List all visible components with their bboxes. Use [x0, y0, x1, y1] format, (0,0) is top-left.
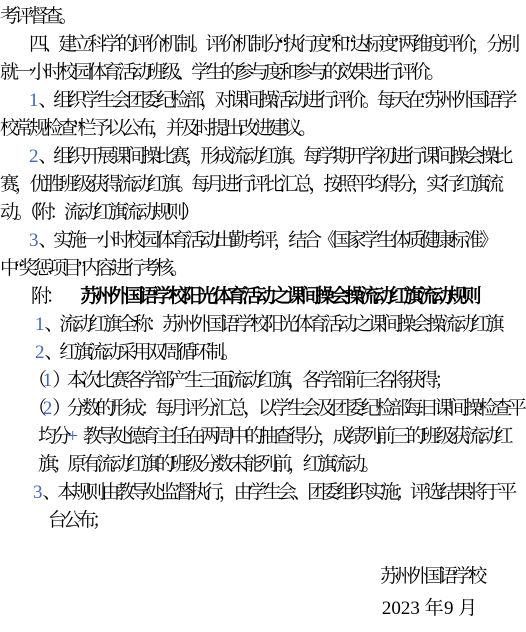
list-numeral: 1 — [43, 370, 53, 391]
text-segment: 、实施一小时校园体育活动出勤考评，结合《国家学生体质健康标准》中“奖惩项目”内容… — [0, 230, 494, 279]
para-item-2: 2、组织开展课间操比赛，形成流动红旗。每学期开学初进行课间操会操比赛，优胜班级获… — [0, 143, 526, 227]
text-segment: 、本规则由教导处监督执行，由学生会、团委组织实施；评选结果将于平台公布； — [43, 482, 513, 531]
list-numeral: 2 — [35, 342, 45, 363]
para-section-4: 四、建立科学的评价机制。评价机制分“执行度”和“达标度”两维度评价，分别就一小时… — [0, 31, 526, 87]
text-segment: （ — [28, 370, 43, 391]
rule-item-2-2: （2）分数的形成：每月评分汇总，以学生会及团委纪检部每日课间操检查平均分+ 教导… — [38, 395, 526, 479]
text-segment: 四、建立科学的评价机制。评价机制分“执行度”和“达标度”两维度评价，分别就一小时… — [0, 34, 516, 83]
text-segment: 、流动红旗全称：苏州外国语学校阳光体育活动之课间操会操流动红旗 — [45, 314, 501, 335]
list-numeral: 2 — [29, 146, 39, 167]
signature-school: 苏州外国语学校 — [0, 563, 526, 591]
attachment-heading: 附：苏州外国语学校阳光体育活动之课间操会操流动红旗流动规则 — [31, 283, 526, 311]
text-segment: 月 — [458, 598, 473, 619]
text-segment: 附： — [31, 286, 60, 307]
list-numeral: 1 — [29, 90, 39, 111]
text-segment: 年 — [425, 598, 440, 619]
rule-item-2: 2、红旗流动采用双周循环制。 — [35, 339, 526, 367]
text-segment: （ — [28, 398, 43, 419]
text-segment: 、组织学生会团委纪检部，对课间操活动进行评价。每天在“苏州外国语学校常规检查”栏… — [0, 90, 513, 139]
para-item-1: 1、组织学生会团委纪检部，对课间操活动进行评价。每天在“苏州外国语学校常规检查”… — [0, 87, 526, 143]
list-numeral: + — [67, 426, 82, 447]
list-numeral: 3 — [33, 482, 43, 503]
list-numeral: 3 — [29, 230, 39, 251]
attachment-title: 苏州外国语学校阳光体育活动之课间操会操流动红旗流动规则 — [80, 286, 477, 307]
para-item-3: 3、实施一小时校园体育活动出勤考评，结合《国家学生体质健康标准》中“奖惩项目”内… — [0, 227, 526, 283]
text-segment: 考评督查。 — [0, 6, 74, 27]
latin-text: 2023 — [382, 598, 425, 619]
text-segment: ）本次比赛各学部产生三面流动红旗，各学部前三名将获得； — [52, 370, 449, 391]
rule-item-2-1: （1）本次比赛各学部产生三面流动红旗，各学部前三名将获得； — [38, 367, 526, 395]
rule-item-3: 3、本规则由教导处监督执行，由学生会、团委组织实施；评选结果将于平台公布； — [48, 479, 526, 535]
text-segment: 苏州外国语学校 — [380, 566, 483, 587]
rule-item-1: 1、流动红旗全称：苏州外国语学校阳光体育活动之课间操会操流动红旗 — [35, 311, 526, 339]
list-numeral: 1 — [35, 314, 45, 335]
text-segment: 、组织开展课间操比赛，形成流动红旗。每学期开学初进行课间操会操比赛，优胜班级获得… — [0, 146, 509, 223]
list-numeral: 2 — [43, 398, 53, 419]
document-page: 考评督查。四、建立科学的评价机制。评价机制分“执行度”和“达标度”两维度评价，分… — [0, 0, 526, 632]
latin-text: 9 — [439, 598, 458, 619]
carryover-line: 考评督查。 — [0, 3, 526, 31]
signature-date: 2023 年 9 月 — [0, 595, 526, 623]
text-segment: 、红旗流动采用双周循环制。 — [45, 342, 236, 363]
text-segment: 教导处德育主任在两周中的抽查得分，成绩列前三的班级获流动红旗；原有流动红旗的班级… — [38, 426, 509, 475]
